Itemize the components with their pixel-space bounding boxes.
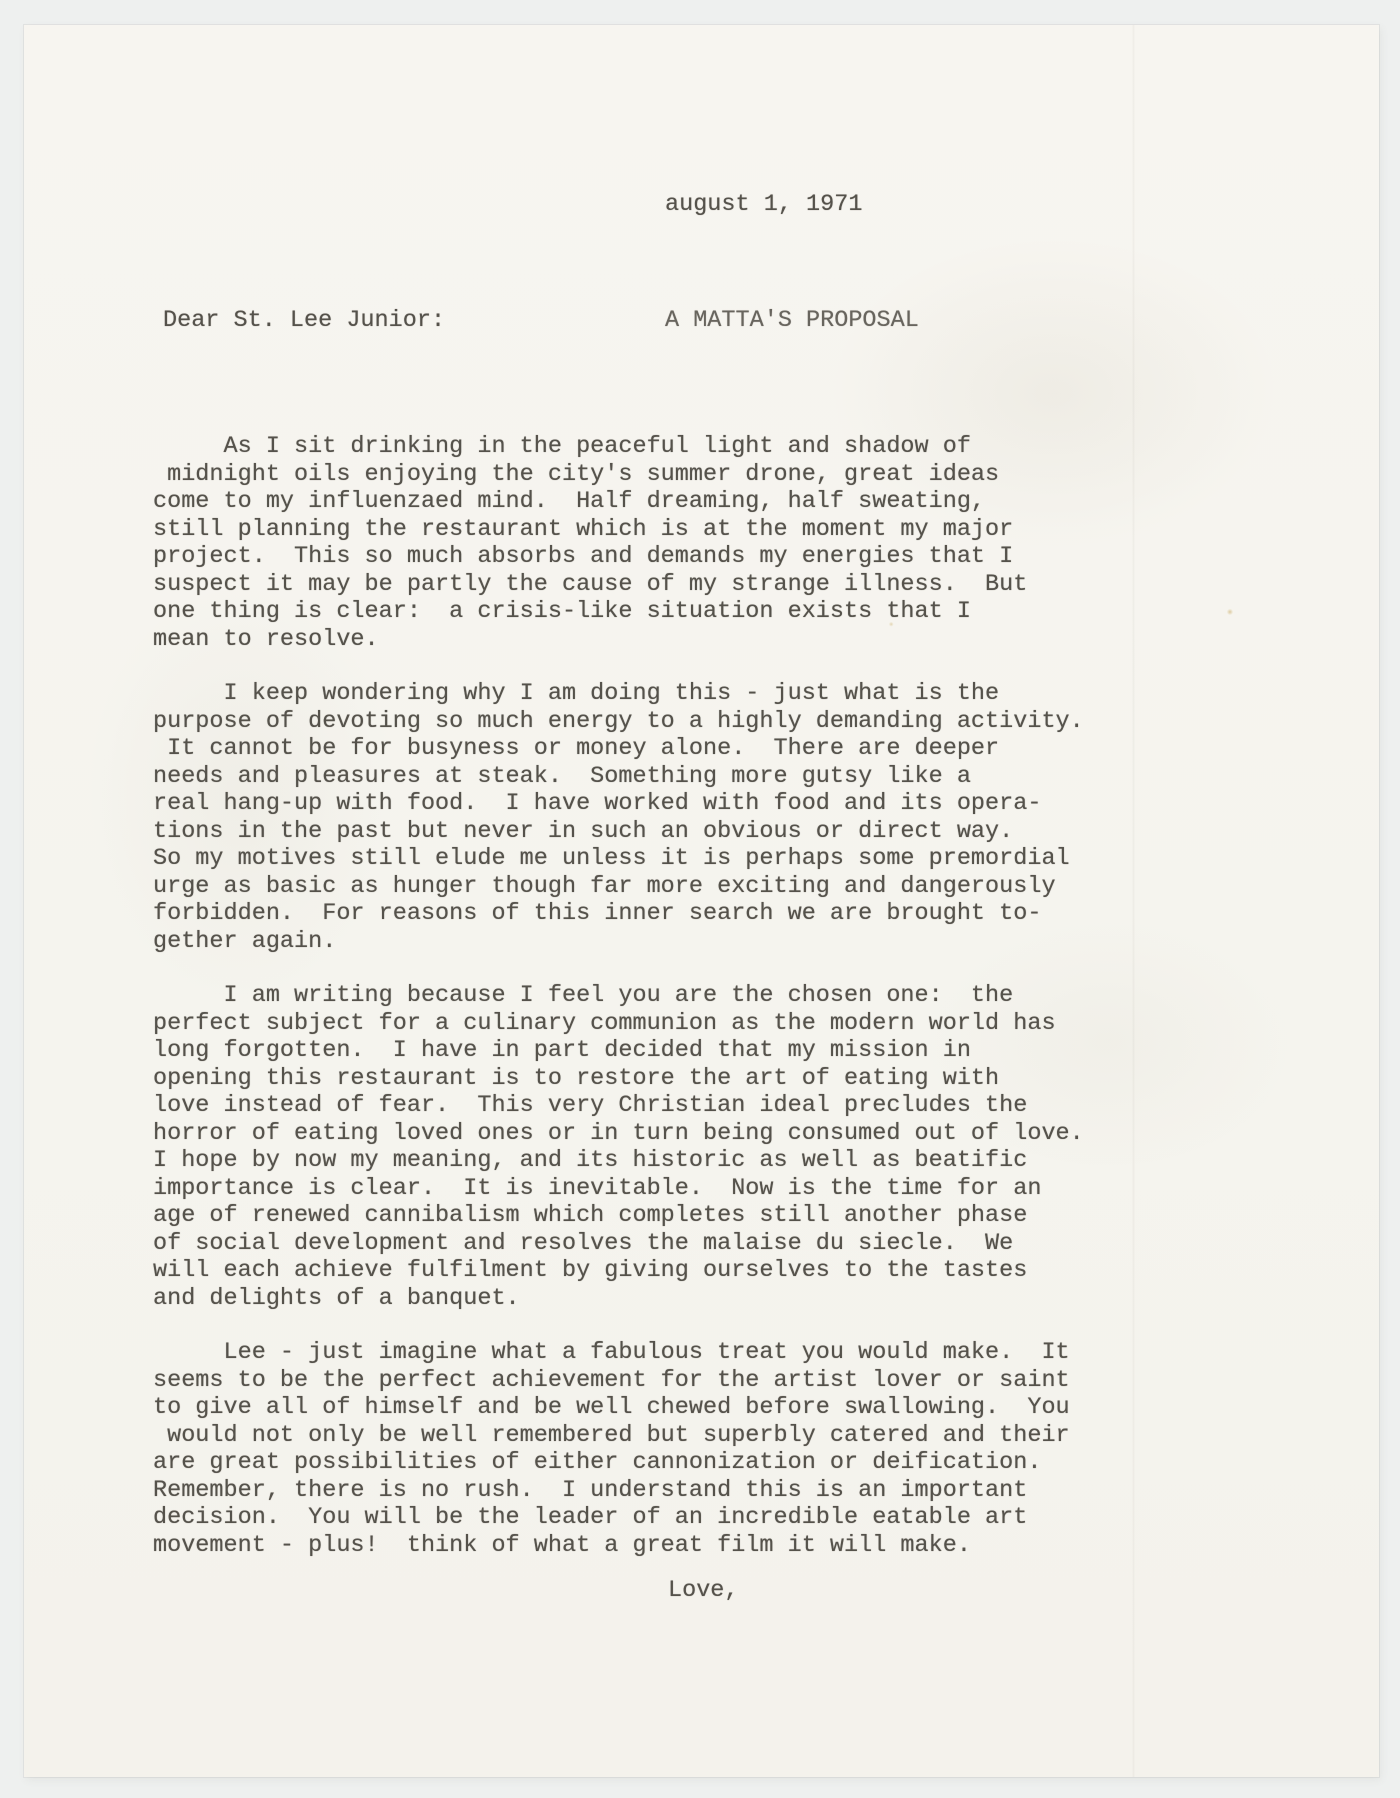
closing: Love, — [668, 1577, 739, 1605]
letter-paragraph: Lee - just imagine what a fabulous treat… — [153, 1339, 1084, 1559]
letter-paragraph: I keep wondering why I am doing this - j… — [153, 680, 1084, 955]
letter-date: august 1, 1971 — [665, 191, 862, 219]
letter-paragraph: I am writing because I feel you are the … — [153, 982, 1084, 1312]
letter-page: august 1, 1971 Dear St. Lee Junior: A MA… — [24, 25, 1379, 1777]
letter-paragraph: As I sit drinking in the peaceful light … — [153, 433, 1084, 653]
letter-title: A MATTA'S PROPOSAL — [665, 307, 919, 335]
letter-body: As I sit drinking in the peaceful light … — [153, 433, 1084, 1586]
salutation: Dear St. Lee Junior: — [163, 307, 445, 335]
